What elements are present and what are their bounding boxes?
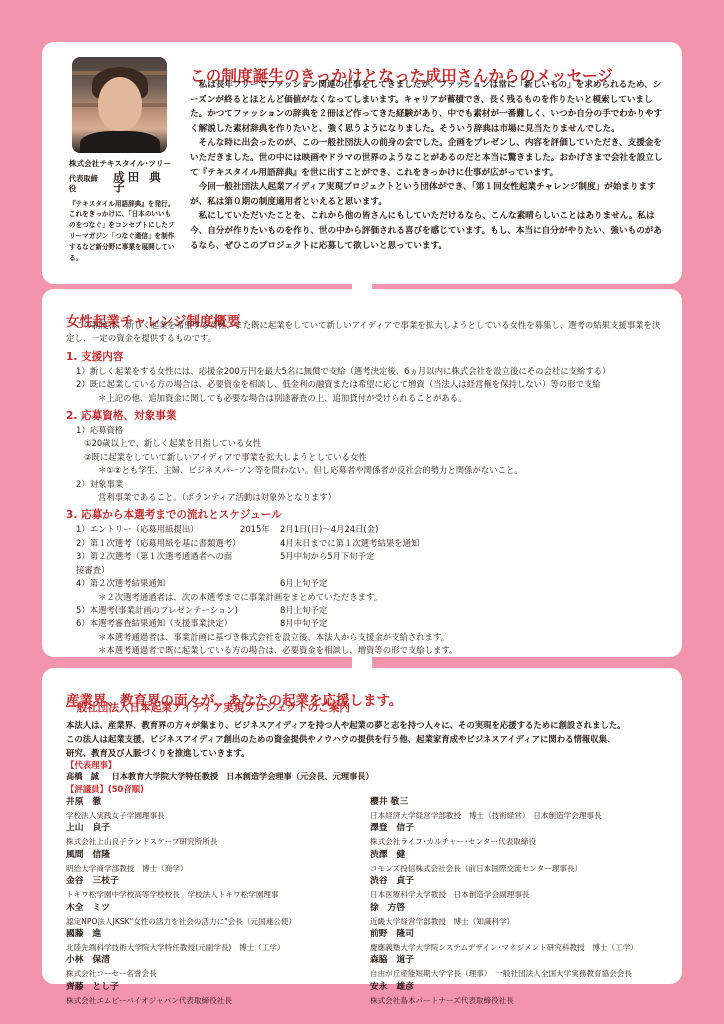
- eligibility-sub: ①20歳以上で、新しく起業を目指している女性: [66, 437, 666, 450]
- support-item: 2）既に起業している方の場合は、必要資金を相談し、低金利の融資または希望に応じて…: [66, 378, 666, 391]
- target-business-desc: 営利事業であること。（ボランティア活動は対象外となります）: [66, 491, 666, 504]
- council-member: 風間 信隆明治大学商学部教授 博士（商学）: [66, 849, 366, 875]
- support-body-line: この法人は起業支援、ビジネスアイディア創出のための資金提供やノウハウの提供を行う…: [66, 732, 676, 746]
- schedule-row: 3）第２次選考（第１次選考通過者への面接審査） 5月中旬から5月下旬予定: [66, 550, 666, 577]
- council-member: 安永 雄彦株式会社島本パートナーズ代表取締役社長: [370, 981, 670, 1007]
- profile-name: 成田 典子: [113, 172, 177, 192]
- message-panel: 株式会社テキスタイル･ツリー 代表取締役 成田 典子 『テキスタイル用語辞典』を…: [42, 42, 682, 284]
- council-member: 徐 方啓近畿大学経営学部教授 博士（知識科学）: [370, 902, 670, 928]
- schedule-row: 1）エントリー（応募用紙提出） 2015年 2月1日(日)～4月24日(金): [66, 523, 666, 536]
- representative-row: 高橋 誠 日本教育大学院大学特任教授 日本創造学会理事（元会長、元理事長）: [66, 771, 374, 782]
- schedule-row: 6）本選考審査結果通知（支援事業決定） 8月中旬予定: [66, 617, 666, 630]
- section-heading-support: 1. 支援内容: [66, 350, 666, 365]
- council-member: 前野 隆司慶應義塾大学大学院システムデザイン･マネジメント研究科教授 博士（工学…: [370, 928, 670, 954]
- target-business-item: 2）対象事業: [66, 478, 666, 491]
- message-paragraph: 私にしていただいたことを、これから他の皆さんにもしていただけるなら、こんな素晴ら…: [190, 209, 668, 253]
- support-item: 1）新しく起業をする女性には、応援金200万円を最大5名に無償で支給（選考決定後…: [66, 365, 666, 378]
- portrait-body: [80, 131, 160, 153]
- support-note: ＊上記の他、追加資金に関しても必要な場合は別途審査の上、追加貸付が受けられること…: [66, 392, 666, 405]
- representative-name: 高橋 誠: [66, 771, 99, 781]
- eligibility-sub: ②既に起業をしていて新しいアイディアで事業を拡大しようとしている女性: [66, 451, 666, 464]
- support-body-line: 研究、教育及び人脈づくりを推進していきます。: [66, 746, 676, 760]
- schedule-row: 5）本選考(事業計画のプレゼンテーション) 8月上旬予定: [66, 604, 666, 617]
- overview-intro: この制度は、新しく起業を希望する女性、また既に起業をしていて新しいアイディアで事…: [66, 319, 666, 346]
- eligibility-note: ＊①②とも学生、主婦、ビジネスパーソン等を問わない。但し応募者や関係者が反社会的…: [66, 464, 666, 477]
- council-member: 金谷 三枝子トキワ松学園中学校高等学校校長 学校法人トキワ松学園理事: [66, 875, 366, 901]
- council-member: 木全 ミツ認定NPO法人JKSK"女性の活力を社会の活力に"会長（元国連公使）: [66, 902, 366, 928]
- section-heading-schedule: 3. 応募から本選考までの流れとスケジュール: [66, 508, 666, 523]
- message-paragraph: そんな時に出会ったのが、この一般社団法人の前身の会でした。企画をプレゼンし、内容…: [190, 136, 668, 180]
- council-heading: 【評議員】(50音順): [66, 783, 144, 795]
- council-member: 渋谷 貞子日本医療科学大学教授 日本創造学会副理事長: [370, 875, 670, 901]
- representative-heading: 【代表理事】: [66, 759, 116, 771]
- schedule-row: 4）第２次選考結果通知 6月上旬予定: [66, 577, 666, 590]
- support-panel: 産業界、教育界の面々が、あなたの起業を応援します。 一般社団法人日本起業アイディ…: [42, 668, 682, 984]
- schedule-note: ＊本選考通過者で既に起業している方の場合は、必要資金を相談し、増資等の形で支給し…: [66, 644, 666, 657]
- support-body-line: 本法人は、産業界、教育界の方々が集まり、ビジネスアイディアを持つ人や起業の夢と志…: [66, 718, 676, 732]
- council-member: 森脇 道子自由が丘産能短期大学学長（理事） 一般社団法人全国大学実務教育協会会長: [370, 954, 670, 980]
- message-paragraph: 私は長年フリーでファッション関連の仕事をしてきましたが、ファッションは常に「新し…: [190, 78, 668, 136]
- council-column-right: 櫻井 敬三日本経済大学経営学部教授 博士（技術経営） 日本創造学会理事長 澤登 …: [370, 796, 670, 1007]
- schedule-note: ＊２次選考通過者は、次の本選考までに事業計画をまとめていただきます。: [66, 591, 666, 604]
- council-member: 櫻井 敬三日本経済大学経営学部教授 博士（技術経営） 日本創造学会理事長: [370, 796, 670, 822]
- profile-block: 株式会社テキスタイル･ツリー 代表取締役 成田 典子 『テキスタイル用語辞典』を…: [69, 159, 177, 263]
- council-member: 小林 保清株式会社コーセー名誉会長: [66, 954, 366, 980]
- council-member: 渋澤 健コモンズ投信株式会社会長（前日本国際交流センター理事長）: [370, 849, 670, 875]
- section-heading-eligibility: 2. 応募資格、対象事業: [66, 409, 666, 424]
- council-member: 上山 良子株式会社上山良子ランドスケープ研究所所長: [66, 822, 366, 848]
- overview-panel: 女性起業チャレンジ制度概要 この制度は、新しく起業を希望する女性、また既に起業を…: [42, 289, 682, 657]
- council-member: 井原 徹学校法人実践女子学園理事長: [66, 796, 366, 822]
- message-body: 私は長年フリーでファッション関連の仕事をしてきましたが、ファッションは常に「新し…: [190, 78, 668, 253]
- eligibility-item: 1）応募資格: [66, 424, 666, 437]
- council-member: 澤登 信子株式会社ライフ･カルチャー･センター代表取締役: [370, 822, 670, 848]
- portrait-face: [98, 77, 142, 131]
- profile-role: 代表取締役: [69, 174, 104, 194]
- schedule-row: 2）第１次選考（応募用紙を基に書類選考） 4月末日までに第１次選考結果を通知: [66, 537, 666, 550]
- representative-title: 日本教育大学院大学特任教授 日本創造学会理事（元会長、元理事長）: [112, 771, 374, 781]
- council-column-left: 井原 徹学校法人実践女子学園理事長 上山 良子株式会社上山良子ランドスケープ研究…: [66, 796, 366, 1007]
- profile-company: 株式会社テキスタイル･ツリー: [69, 159, 177, 169]
- support-subtitle: 一般社団法人日本起業アイディア実現プロジェクトのご案内: [66, 700, 350, 715]
- message-paragraph: 今回一般社団法人起業アイディア実現プロジェクトという団体ができ、「第１回女性起業…: [190, 180, 668, 209]
- council-member: 齊藤 とし子株式会社エムピーバイオジャパン代表取締役社長: [66, 981, 366, 1007]
- portrait-photo: [72, 57, 167, 153]
- overview-content: この制度は、新しく起業を希望する女性、また既に起業をしていて新しいアイディアで事…: [66, 319, 666, 658]
- council-member: 國藤 進北陸先端科学技術大学院大学特任教授(元副学長) 博士（工学）: [66, 928, 366, 954]
- profile-bio: 『テキスタイル用語辞典』を発行。これをきっかけに、「日本のいいものをつなぐ」をコ…: [69, 199, 177, 264]
- support-body: 本法人は、産業界、教育界の方々が集まり、ビジネスアイディアを持つ人や起業の夢と志…: [66, 718, 676, 760]
- schedule-note: ＊本選考通過者は、事業計画に基づき株式会社を設立後、本法人から支援金が支給されま…: [66, 631, 666, 644]
